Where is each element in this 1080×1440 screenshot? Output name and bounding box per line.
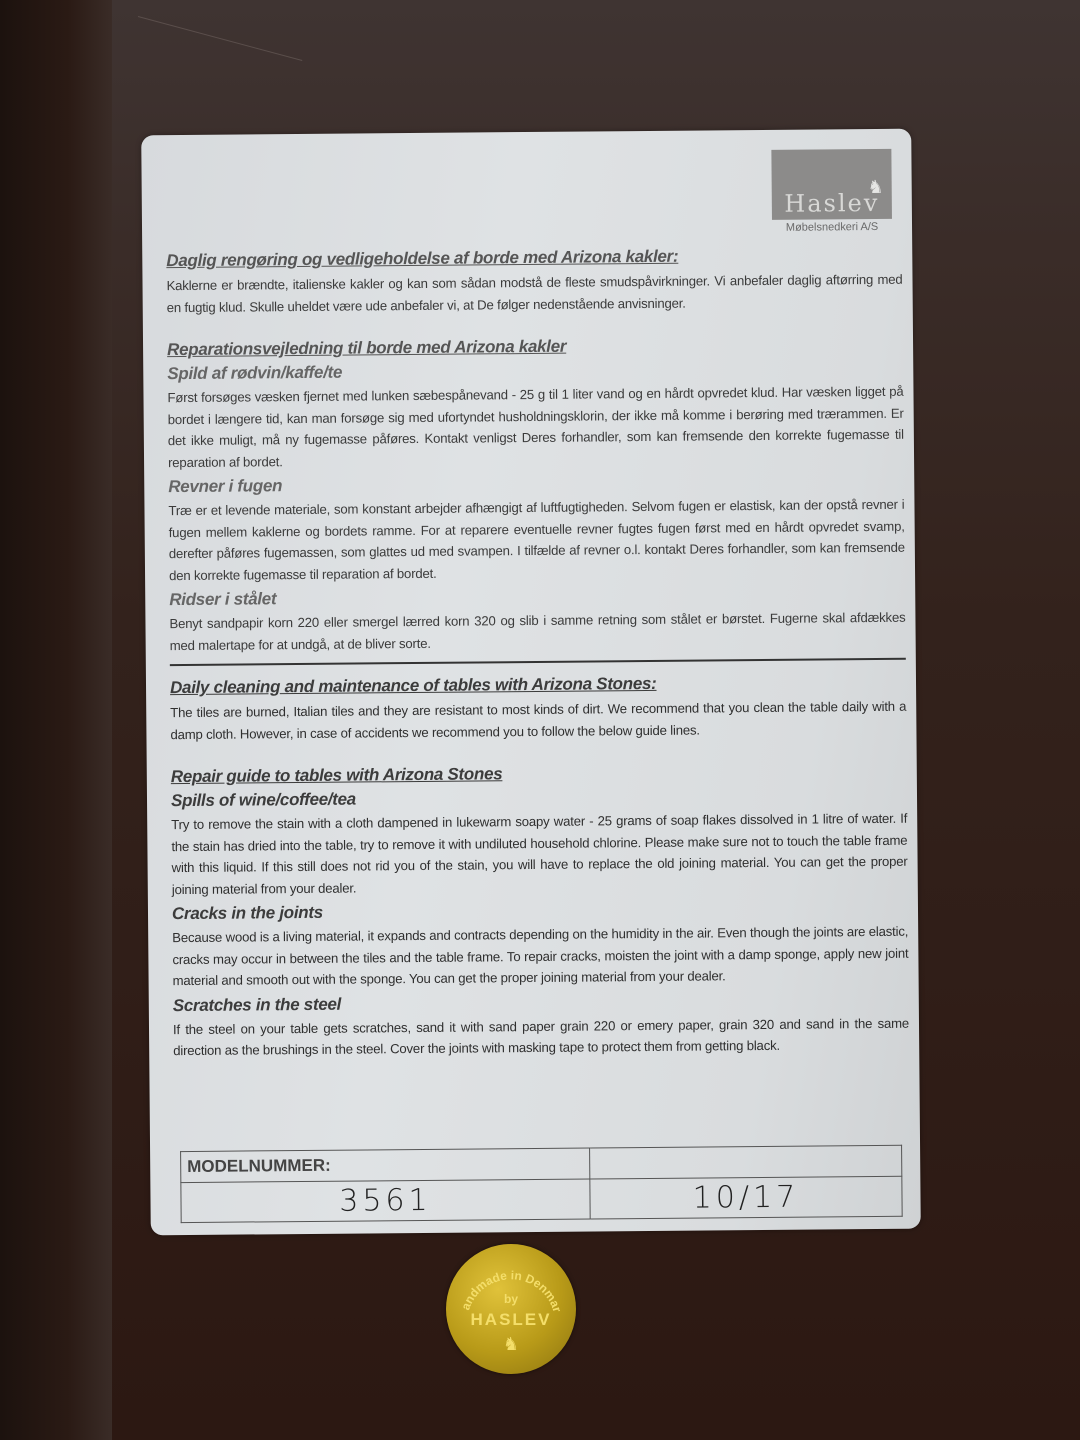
model-number-table: MODELNUMMER: 3561 10/17	[180, 1145, 903, 1223]
danish-section-text: Benyt sandpapir korn 220 eller smergel l…	[169, 607, 905, 656]
seal-brand-name: HASLEV	[446, 1310, 576, 1330]
haslev-logo: ♞ Haslev	[771, 149, 892, 220]
english-section-title: Spills of wine/coffee/tea	[171, 785, 907, 811]
logo-brand: Haslev	[772, 189, 892, 218]
danish-section-text: Først forsøges væsken fjernet med lunken…	[167, 381, 904, 473]
english-daily-heading: Daily cleaning and maintenance of tables…	[170, 672, 906, 698]
logo-subtitle: Møbelsnedkeri A/S	[772, 221, 892, 234]
language-divider	[170, 658, 906, 666]
danish-section-title: Spild af rødvin/kaffe/te	[167, 358, 903, 384]
danish-daily-heading: Daglig rengøring og vedligeholdelse af b…	[166, 245, 902, 271]
model-table-empty-header	[589, 1145, 901, 1179]
danish-section-text: Træ er et levende materiale, som konstan…	[168, 494, 905, 586]
english-section-title: Cracks in the joints	[172, 898, 908, 924]
english-section-title: Scratches in the steel	[173, 989, 909, 1015]
production-date-value: 10/17	[590, 1177, 902, 1219]
handmade-seal-sticker: Handmade in Denmark by HASLEV ♞	[446, 1244, 576, 1374]
english-section-text: Because wood is a living material, it ex…	[172, 921, 909, 992]
model-number-label: MODELNUMMER:	[181, 1148, 590, 1183]
english-section-text: Try to remove the stain with a cloth dam…	[171, 808, 908, 900]
danish-section-title: Ridser i stålet	[169, 584, 905, 610]
english-section: Daily cleaning and maintenance of tables…	[170, 672, 909, 1062]
danish-daily-text: Kaklerne er brændte, italienske kakler o…	[166, 269, 902, 318]
wood-edge-left	[0, 0, 112, 1440]
deer-icon: ♞	[446, 1334, 576, 1355]
seal-by-text: by	[446, 1292, 576, 1306]
english-daily-text: The tiles are burned, Italian tiles and …	[170, 696, 906, 745]
care-instructions-label: ♞ Haslev Møbelsnedkeri A/S Daglig rengør…	[141, 129, 921, 1236]
danish-section: Daglig rengøring og vedligeholdelse af b…	[166, 245, 906, 656]
english-section-text: If the steel on your table gets scratche…	[173, 1012, 909, 1061]
instructions-content: Daglig rengøring og vedligeholdelse af b…	[166, 245, 909, 1066]
danish-section-title: Revner i fugen	[168, 471, 904, 497]
model-number-value: 3561	[181, 1179, 590, 1222]
